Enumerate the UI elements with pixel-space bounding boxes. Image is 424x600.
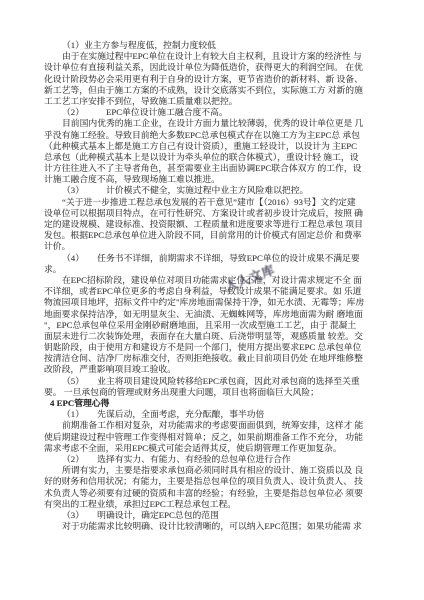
text-line: 发包。根据EPC总承包单位进入阶段不同，目前常用的计价模式有固定总价 和费率 xyxy=(44,230,376,241)
text-line: 按清洁仓间、洁净厂房标准交付，否则拒绝接收。截止目前项目仍处 在地坪维修整 xyxy=(44,353,376,364)
text-line: 设单位可以根据项目特点，在可行性研究、方案设计或者初步设计完成后，按照 确 xyxy=(44,208,376,219)
text-line: （5） 业主将项目建设风险转移给EPC承包商，因此对承包商的选择至关重 xyxy=(44,376,376,387)
section-heading: 4 EPC管理心得 xyxy=(44,398,376,409)
text-line: 面层未进行二次装饰处理，表面存在大量白斑、后浇带明显等，观感质量 较差。交 xyxy=(44,331,376,342)
text-line: 需求考虑不全面，采用EPC模式可能会适得其反，使后期管理工作更加复杂。 xyxy=(44,443,376,454)
text-line: 改阶段，严重影响项目竣工验收。 xyxy=(44,364,376,375)
text-line: 要。 一旦承包商的管理或财务出现重大问题，项目也将面临巨大风险； xyxy=(44,387,376,398)
text-line: 物流园项目地坪，招标文件中约定"库房地面需保持干净，如无水渍、无霉等；库房 xyxy=(44,297,376,308)
text-line: （4） 任务书不详细，前期需求不详细，导致EPC单位的设计成果不满足要 xyxy=(44,253,376,264)
text-line: （1） 先谋后动，全面考虑，充分酝酿，事半功倍 xyxy=(44,409,376,420)
text-line: 设计单位有直接利益关系，因此设计单位为降低造价，获得更大的利润空间。 在优 xyxy=(44,62,376,73)
text-line: 总承包（此种模式基本上是以设计为牵头单位的联合体模式），重设计轻 施工，设 xyxy=(44,152,376,163)
text-line: 使后期建设过程中管理工作变得相对简单；反之，如果前期准备工作不充分， 功能 xyxy=(44,432,376,443)
text-line: （1）业主方参与程度低，控制力度较低 xyxy=(44,40,376,51)
text-line: 前期准备工作相对复杂，对功能需求的考虑要面面俱到，统筹安排，这样才 能 xyxy=(44,420,376,431)
text-line: 目前国内优秀的施工企业，在设计方面力量比较薄弱，优秀的设计单位更是 几 xyxy=(44,118,376,129)
text-line: 计方往往进入不了主导者角色，甚至需要业主出面协调EPC联合体双方 的工作，设 xyxy=(44,163,376,174)
text-line: 对于功能需求比较明确、设计比较清晰的，可以纳入EPC范围；如果功能需 求 xyxy=(44,521,376,532)
text-line: （2） EPC单位设计施工融合度不高。 xyxy=(44,107,376,118)
text-line: 工工艺工序安排不到位，导致施工质量难以把控。 xyxy=(44,96,376,107)
text-line: （2） 选择有实力、有能力、有经验的总包单位进行合作 xyxy=(44,454,376,465)
text-line: 计施工融合度不高，导致现场施工难以推进。 xyxy=(44,174,376,185)
text-line: （3） 明确设计，确定EPC总包的范围 xyxy=(44,510,376,521)
text-line: 化设计阶段势必会采用更有利于自身的设计方案，更节省造价的新材料、新 设备、 xyxy=(44,74,376,85)
text-line: 所谓有实力，主要是指要求承包商必须同时具有相应的设计、施工资质以及 良 xyxy=(44,465,376,476)
text-line: 钥匙阶段，由于使用方和建设方不是同一个部门，使用方提出要求EPC 总承包单位 xyxy=(44,342,376,353)
text-line: “关于进一步推进工程总承包发展的若干意见”建市【（2016）93号】文约定建 xyxy=(44,197,376,208)
text-line: 有突出的工程业绩，承担过EPC工程总承包工程。 xyxy=(44,499,376,510)
text-line: 由于在实施过程中EPC单位在设计上有较大自主权利，且设计方案的经济性 与 xyxy=(44,51,376,62)
text-line: 在EPC招标阶段，建设单位对项目功能需求定位不准，对设计需求规定不全 面 xyxy=(44,275,376,286)
text-line: 新工艺等，但由于施工方案的不成熟，设计交底落实不到位，实际施工方 对新的施 xyxy=(44,85,376,96)
document-page: （1）业主方参与程度低，控制力度较低 由于在实施过程中EPC单位在设计上有较大自… xyxy=(0,0,424,600)
text-line: 地面要求保持洁净，如无明显灰尘、无油渍、无蜘蛛网等，库房地面需为耐 磨地面 xyxy=(44,309,376,320)
text-line: "，EPC总承包单位采用金刚砂耐磨地面，且采用一次成型施工工艺，由于 混凝土 xyxy=(44,320,376,331)
text-line: 计价。 xyxy=(44,241,376,252)
text-line: 好的财务和信用状况；有能力，主要是指总包单位的项目负责人、设计负责人、 技 xyxy=(44,476,376,487)
document-text-block: （1）业主方参与程度低，控制力度较低 由于在实施过程中EPC单位在设计上有较大自… xyxy=(44,40,376,532)
text-line: （3） 计价模式不健全，实施过程中业主方风险难以把控。 xyxy=(44,185,376,196)
text-line: 术负责人等必须要有过硬的资质和丰富的经验；有经验，主要是指总包单位必 须要 xyxy=(44,488,376,499)
text-line: 不详细，或者EPC单位更多的考虑自身利益，导致设计成果不能满足要求。如 乐道 xyxy=(44,286,376,297)
text-line: 定的建设规模、建设标准、投资限额、工程质量和进度要求等进行工程总承包 项目 xyxy=(44,219,376,230)
text-line: （此种模式基本上都是施工方自己有设计资质），重施工轻设计，以设计为 主EPC xyxy=(44,141,376,152)
text-line: 求。 xyxy=(44,264,376,275)
text-line: 乎没有施工经验。导致目前绝大多数EPC总承包模式存在以施工方为主EPC总 承包 xyxy=(44,130,376,141)
